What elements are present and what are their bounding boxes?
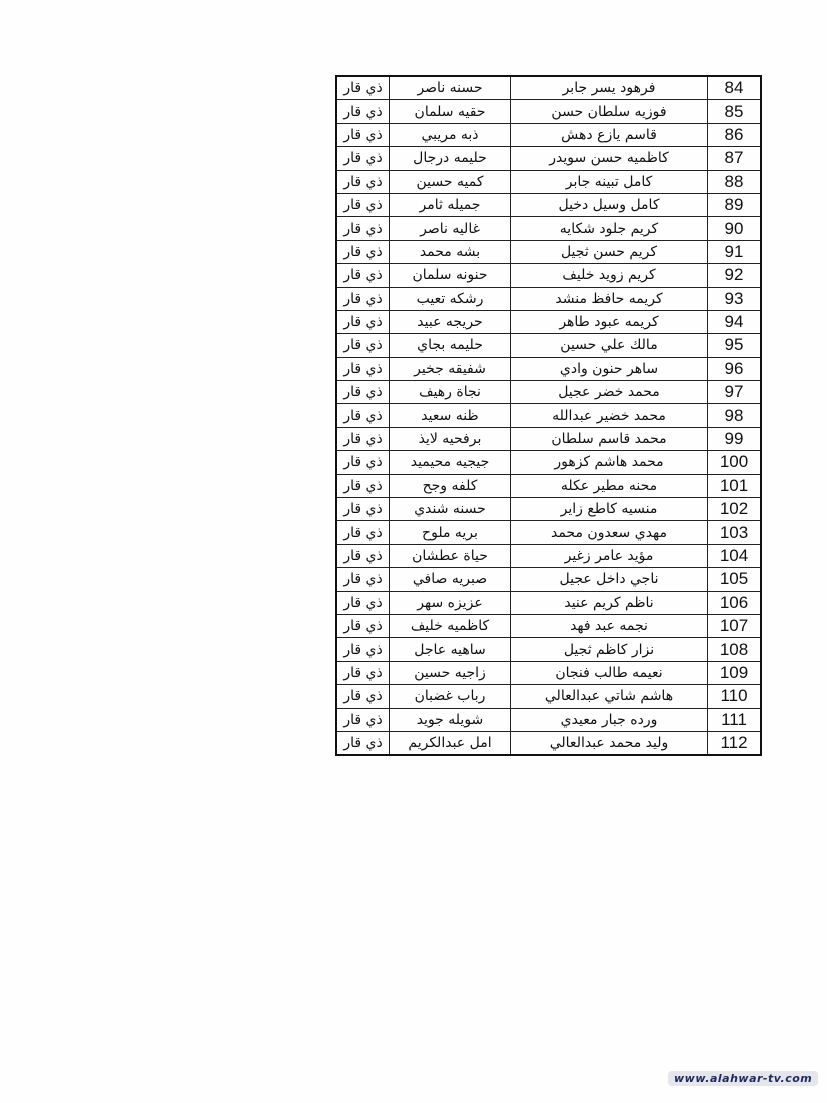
mother-name-cell: حريجه عبيد [390,310,511,333]
full-name-cell: كريمه حافظ منشد [511,287,708,310]
full-name-cell: كريم حسن ثجيل [511,240,708,263]
mother-name-cell: برفحيه لايذ [390,427,511,450]
governorate-cell: ذي قار [336,568,390,591]
governorate-cell: ذي قار [336,170,390,193]
mother-name-cell: كميه حسين [390,170,511,193]
governorate-cell: ذي قار [336,123,390,146]
table-row: ذي قاركلفه وجحمحنه مطير عكله101 [336,474,761,497]
governorate-cell: ذي قار [336,310,390,333]
row-number-cell: 96 [708,357,762,380]
table-row: ذي قارغاليه ناصركريم جلود شكايه90 [336,217,761,240]
table-row: ذي قاررشكه تعيبكريمه حافظ منشد93 [336,287,761,310]
row-number-cell: 95 [708,334,762,357]
row-number-cell: 108 [708,638,762,661]
row-number-cell: 107 [708,614,762,637]
full-name-cell: مالك علي حسين [511,334,708,357]
row-number-cell: 106 [708,591,762,614]
mother-name-cell: صبريه صافي [390,568,511,591]
mother-name-cell: بشه محمد [390,240,511,263]
mother-name-cell: زاجيه حسين [390,661,511,684]
mother-name-cell: رباب غضبان [390,685,511,708]
full-name-cell: كريم زويد خليف [511,264,708,287]
governorate-cell: ذي قار [336,404,390,427]
full-name-cell: مؤيد عامر زغير [511,544,708,567]
row-number-cell: 111 [708,708,762,731]
full-name-cell: وليد محمد عبدالعالي [511,731,708,755]
watermark-url: www.alahwar-tv.com [668,1071,818,1086]
full-name-cell: نجمه عبد فهد [511,614,708,637]
table-row: ذي قارنجاة رهيفمحمد خضر عجيل97 [336,381,761,404]
full-name-cell: نعيمه طالب فنجان [511,661,708,684]
table-row: ذي قارحياة عطشانمؤيد عامر زغير104 [336,544,761,567]
governorate-cell: ذي قار [336,474,390,497]
full-name-cell: محنه مطير عكله [511,474,708,497]
names-table: ذي قارحسنه ناصرفرهود يسر جابر84ذي قارحقي… [335,75,762,756]
row-number-cell: 98 [708,404,762,427]
mother-name-cell: حياة عطشان [390,544,511,567]
mother-name-cell: ساهيه عاجل [390,638,511,661]
governorate-cell: ذي قار [336,381,390,404]
mother-name-cell: كلفه وجح [390,474,511,497]
table-row: ذي قارساهيه عاجلنزار كاظم ثجيل108 [336,638,761,661]
governorate-cell: ذي قار [336,357,390,380]
governorate-cell: ذي قار [336,685,390,708]
row-number-cell: 102 [708,498,762,521]
table-row: ذي قارصبريه صافيناجي داخل عجيل105 [336,568,761,591]
table-row: ذي قاربريه ملوحمهدي سعدون محمد103 [336,521,761,544]
table-row: ذي قارعزيزه سهرناظم كريم عنيد106 [336,591,761,614]
governorate-cell: ذي قار [336,287,390,310]
full-name-cell: كريم جلود شكايه [511,217,708,240]
table-row: ذي قارحريجه عبيدكريمه عبود طاهر94 [336,310,761,333]
mother-name-cell: رشكه تعيب [390,287,511,310]
mother-name-cell: عزيزه سهر [390,591,511,614]
governorate-cell: ذي قار [336,334,390,357]
mother-name-cell: ظنه سعيد [390,404,511,427]
mother-name-cell: حنونه سلمان [390,264,511,287]
full-name-cell: كامل تبينه جابر [511,170,708,193]
full-name-cell: هاشم شاتي عبدالعالي [511,685,708,708]
mother-name-cell: جيجيه محيميد [390,451,511,474]
row-number-cell: 91 [708,240,762,263]
governorate-cell: ذي قار [336,193,390,216]
full-name-cell: محمد خضير عبدالله [511,404,708,427]
governorate-cell: ذي قار [336,240,390,263]
full-name-cell: كاظميه حسن سويدر [511,147,708,170]
row-number-cell: 104 [708,544,762,567]
mother-name-cell: شفيقه جخير [390,357,511,380]
table-row: ذي قارذبه مريبيقاسم يازع دهش86 [336,123,761,146]
table-row: ذي قاررباب غضبانهاشم شاتي عبدالعالي110 [336,685,761,708]
governorate-cell: ذي قار [336,451,390,474]
table-row: ذي قارجميله ثامركامل وسيل دخيل89 [336,193,761,216]
full-name-cell: نزار كاظم ثجيل [511,638,708,661]
table-row: ذي قارحليمه درجالكاظميه حسن سويدر87 [336,147,761,170]
row-number-cell: 93 [708,287,762,310]
row-number-cell: 88 [708,170,762,193]
table-row: ذي قارشفيقه جخيرساهر حنون وادي96 [336,357,761,380]
mother-name-cell: حليمه درجال [390,147,511,170]
mother-name-cell: حقيه سلمان [390,100,511,123]
table-row: ذي قارامل عبدالكريموليد محمد عبدالعالي11… [336,731,761,755]
governorate-cell: ذي قار [336,521,390,544]
governorate-cell: ذي قار [336,147,390,170]
table-row: ذي قاركاظميه خليفنجمه عبد فهد107 [336,614,761,637]
row-number-cell: 99 [708,427,762,450]
row-number-cell: 105 [708,568,762,591]
table-row: ذي قارظنه سعيدمحمد خضير عبدالله98 [336,404,761,427]
row-number-cell: 110 [708,685,762,708]
table-row: ذي قاربشه محمدكريم حسن ثجيل91 [336,240,761,263]
full-name-cell: قاسم يازع دهش [511,123,708,146]
table-row: ذي قارزاجيه حسيننعيمه طالب فنجان109 [336,661,761,684]
governorate-cell: ذي قار [336,661,390,684]
row-number-cell: 101 [708,474,762,497]
full-name-cell: ناظم كريم عنيد [511,591,708,614]
full-name-cell: فرهود يسر جابر [511,76,708,100]
table-row: ذي قارحسنه شنديمنسيه كاطع زاير102 [336,498,761,521]
mother-name-cell: جميله ثامر [390,193,511,216]
full-name-cell: محمد قاسم سلطان [511,427,708,450]
governorate-cell: ذي قار [336,427,390,450]
mother-name-cell: نجاة رهيف [390,381,511,404]
full-name-cell: ورده جبار معيدي [511,708,708,731]
governorate-cell: ذي قار [336,264,390,287]
mother-name-cell: حسنه شندي [390,498,511,521]
table-row: ذي قارشويله جويدورده جبار معيدي111 [336,708,761,731]
mother-name-cell: كاظميه خليف [390,614,511,637]
governorate-cell: ذي قار [336,614,390,637]
governorate-cell: ذي قار [336,544,390,567]
mother-name-cell: غاليه ناصر [390,217,511,240]
table-row: ذي قاربرفحيه لايذمحمد قاسم سلطان99 [336,427,761,450]
mother-name-cell: شويله جويد [390,708,511,731]
row-number-cell: 89 [708,193,762,216]
row-number-cell: 86 [708,123,762,146]
document-page: ذي قارحسنه ناصرفرهود يسر جابر84ذي قارحقي… [0,0,827,1103]
table-row: ذي قارحقيه سلمانفوزيه سلطان حسن85 [336,100,761,123]
mother-name-cell: ذبه مريبي [390,123,511,146]
row-number-cell: 100 [708,451,762,474]
row-number-cell: 94 [708,310,762,333]
governorate-cell: ذي قار [336,498,390,521]
governorate-cell: ذي قار [336,76,390,100]
row-number-cell: 109 [708,661,762,684]
row-number-cell: 90 [708,217,762,240]
mother-name-cell: حليمه بجاي [390,334,511,357]
mother-name-cell: حسنه ناصر [390,76,511,100]
full-name-cell: منسيه كاطع زاير [511,498,708,521]
governorate-cell: ذي قار [336,638,390,661]
row-number-cell: 103 [708,521,762,544]
table-row: ذي قارجيجيه محيميدمحمد هاشم كزهور100 [336,451,761,474]
full-name-cell: مهدي سعدون محمد [511,521,708,544]
table-row: ذي قارحنونه سلمانكريم زويد خليف92 [336,264,761,287]
table-row: ذي قارحسنه ناصرفرهود يسر جابر84 [336,76,761,100]
governorate-cell: ذي قار [336,708,390,731]
full-name-cell: ناجي داخل عجيل [511,568,708,591]
row-number-cell: 97 [708,381,762,404]
mother-name-cell: امل عبدالكريم [390,731,511,755]
row-number-cell: 87 [708,147,762,170]
governorate-cell: ذي قار [336,731,390,755]
governorate-cell: ذي قار [336,591,390,614]
row-number-cell: 84 [708,76,762,100]
full-name-cell: كريمه عبود طاهر [511,310,708,333]
row-number-cell: 85 [708,100,762,123]
row-number-cell: 112 [708,731,762,755]
table-row: ذي قاركميه حسينكامل تبينه جابر88 [336,170,761,193]
names-table-body: ذي قارحسنه ناصرفرهود يسر جابر84ذي قارحقي… [336,76,761,755]
mother-name-cell: بريه ملوح [390,521,511,544]
full-name-cell: محمد هاشم كزهور [511,451,708,474]
governorate-cell: ذي قار [336,217,390,240]
governorate-cell: ذي قار [336,100,390,123]
full-name-cell: فوزيه سلطان حسن [511,100,708,123]
full-name-cell: محمد خضر عجيل [511,381,708,404]
full-name-cell: كامل وسيل دخيل [511,193,708,216]
row-number-cell: 92 [708,264,762,287]
full-name-cell: ساهر حنون وادي [511,357,708,380]
table-row: ذي قارحليمه بجايمالك علي حسين95 [336,334,761,357]
